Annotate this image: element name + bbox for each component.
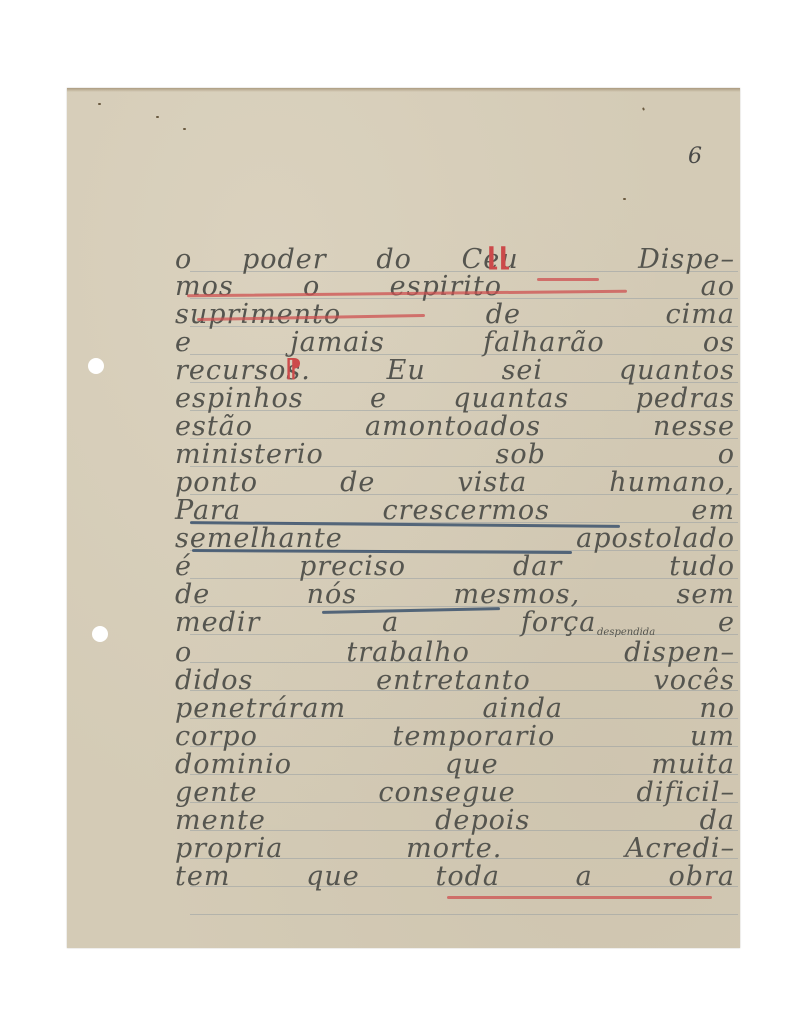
paper-speck xyxy=(183,128,186,130)
word: penetráram xyxy=(175,695,346,723)
handwritten-line-21: mente depois da xyxy=(175,807,735,835)
handwritten-line-6: espinhos e quantas pedras xyxy=(175,385,735,413)
punch-hole-top xyxy=(88,358,104,374)
word: ponto xyxy=(175,469,258,497)
handwritten-line-12: é preciso dar tudo xyxy=(175,553,735,581)
handwritten-line-1: o poder do Ceu Dispe– xyxy=(175,246,735,274)
word: e xyxy=(175,329,192,357)
paper-speck xyxy=(156,116,159,118)
word: corpo xyxy=(175,723,258,751)
word: dispen– xyxy=(624,639,735,667)
handwritten-line-22: propria morte. Acredi– xyxy=(175,835,735,863)
word: cima xyxy=(666,301,735,329)
word: amontoados xyxy=(365,413,541,441)
word: crescermos xyxy=(382,497,550,525)
word: consegue xyxy=(378,779,515,807)
word: e xyxy=(370,385,387,413)
word: muita xyxy=(651,751,735,779)
word: vocês xyxy=(654,667,735,695)
word: ao xyxy=(701,273,735,301)
interlinear-note: despendida xyxy=(597,627,655,638)
word: Dispe– xyxy=(638,246,735,274)
word: sem xyxy=(677,581,735,609)
handwritten-line-5: recursos. Eu sei quantos xyxy=(175,357,735,385)
word: os xyxy=(703,329,735,357)
handwritten-line-19: dominio que muita xyxy=(175,751,735,779)
word: toda xyxy=(435,863,500,891)
word: que xyxy=(445,751,499,779)
word: obra xyxy=(668,863,735,891)
handwritten-line-17: penetráram ainda no xyxy=(175,695,735,723)
word: o xyxy=(718,441,735,469)
handwritten-line-3: suprimento de cima xyxy=(175,301,735,329)
word: preciso xyxy=(299,553,406,581)
word: trabalho xyxy=(346,639,470,667)
word: o xyxy=(303,273,320,301)
word: o xyxy=(175,246,192,274)
word: apostolado xyxy=(576,525,735,553)
word: de xyxy=(340,469,375,497)
word: nesse xyxy=(653,413,735,441)
word: espirito xyxy=(390,273,502,301)
paper-speck xyxy=(642,107,645,111)
word: pedras xyxy=(636,385,735,413)
word: é xyxy=(175,553,192,581)
page-top-edge-stain xyxy=(67,88,740,92)
red-paragraph-mark: ⁋ xyxy=(285,354,302,384)
handwritten-line-9: ponto de vista humano, xyxy=(175,469,735,497)
word: de xyxy=(486,301,521,329)
handwritten-line-2: mos o espirito ao xyxy=(175,273,735,301)
word: dar xyxy=(513,553,562,581)
paper-speck xyxy=(98,103,101,105)
handwritten-line-13: de nós mesmos, sem xyxy=(175,581,735,609)
red-bracket-mark: ⌊⌊ xyxy=(487,243,511,273)
word: e xyxy=(718,609,735,637)
word: no xyxy=(699,695,735,723)
word: quantas xyxy=(453,385,569,413)
word: Acredi– xyxy=(625,835,735,863)
handwritten-line-16: didos entretanto vocês xyxy=(175,667,735,695)
word: humano, xyxy=(609,469,735,497)
handwritten-line-8: ministerio sob o xyxy=(175,441,735,469)
word: nós xyxy=(307,581,358,609)
word xyxy=(568,246,588,274)
handwritten-line-4: e jamais falharão os xyxy=(175,329,735,357)
word: jamais xyxy=(290,329,385,357)
word: dificil– xyxy=(637,779,735,807)
word: entretanto xyxy=(376,667,531,695)
word: vista xyxy=(457,469,527,497)
word: ainda xyxy=(482,695,563,723)
word: o xyxy=(175,639,192,667)
word: espinhos xyxy=(175,385,304,413)
word: poder xyxy=(242,246,327,274)
word: quantos xyxy=(619,357,735,385)
word: mente xyxy=(175,807,266,835)
word: um xyxy=(690,723,735,751)
ruled-line xyxy=(190,914,738,915)
word: medir xyxy=(175,609,260,637)
word: tem xyxy=(175,863,230,891)
word: didos xyxy=(175,667,253,695)
word: a xyxy=(576,863,593,891)
handwritten-line-7: estão amontoados nesse xyxy=(175,413,735,441)
word: dominio xyxy=(175,751,292,779)
handwritten-line-15: o trabalho dispen– xyxy=(175,639,735,667)
word: sob xyxy=(496,441,546,469)
word: ministerio xyxy=(175,441,324,469)
word: morte. xyxy=(406,835,502,863)
word: de xyxy=(175,581,210,609)
word: que xyxy=(306,863,360,891)
word: sei xyxy=(502,357,543,385)
word: gente xyxy=(175,779,257,807)
word: em xyxy=(691,497,735,525)
word: depois xyxy=(435,807,530,835)
punch-hole-bottom xyxy=(92,626,108,642)
page-number: 6 xyxy=(688,144,702,169)
manuscript-page: 6 o poder do Ceu Dispe– mos o espirito a… xyxy=(67,88,740,948)
word: tudo xyxy=(669,553,735,581)
red-underline-dispe xyxy=(537,278,599,281)
handwritten-line-20: gente consegue dificil– xyxy=(175,779,735,807)
word: estão xyxy=(175,413,253,441)
word: propria xyxy=(175,835,283,863)
word: mesmos, xyxy=(453,581,580,609)
handwritten-line-18: corpo temporario um xyxy=(175,723,735,751)
word: força xyxy=(521,609,596,637)
paper-speck xyxy=(623,198,626,200)
word: Eu xyxy=(387,357,426,385)
word: a xyxy=(382,609,399,637)
handwritten-line-23: tem que toda a obra xyxy=(175,863,735,891)
word: da xyxy=(700,807,735,835)
word: falharão xyxy=(483,329,604,357)
red-underline-toda-a-obra xyxy=(447,896,712,899)
word: do xyxy=(376,246,412,274)
word: temporario xyxy=(393,723,556,751)
